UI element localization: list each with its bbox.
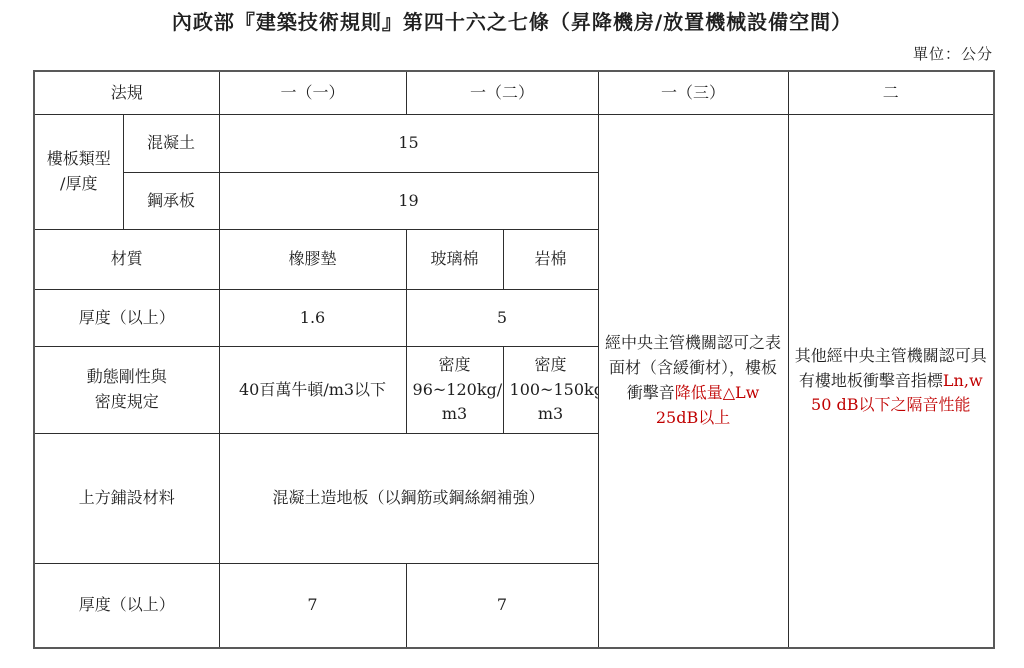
unit-label: 單位：公分 bbox=[33, 43, 993, 64]
note-col-1-3: 經中央主管機關認可之表面材（含緩衝材），樓板衝擊音降低量△Lw 25dB以上 bbox=[598, 115, 788, 649]
concrete-value: 15 bbox=[219, 115, 598, 173]
thickness-wool-value: 5 bbox=[406, 290, 598, 347]
concrete-label: 混凝土 bbox=[123, 115, 219, 173]
header-col-1-1: 一（一） bbox=[219, 71, 406, 115]
topping-label: 上方鋪設材料 bbox=[34, 434, 219, 564]
topping-thickness-label: 厚度（以上） bbox=[34, 564, 219, 649]
note-col-2: 其他經中央主管機關認可具有樓地板衝擊音指標Ln,w 50 dB以下之隔音性能 bbox=[788, 115, 994, 649]
thickness-min-label: 厚度（以上） bbox=[34, 290, 219, 347]
topping-thickness-value-1: 7 bbox=[219, 564, 406, 649]
material-rock-wool: 岩棉 bbox=[503, 230, 598, 290]
topping-thickness-value-2: 7 bbox=[406, 564, 598, 649]
page-title: 內政部『建築技術規則』第四十六之七條（昇降機房/放置機械設備空間） bbox=[0, 6, 1024, 35]
header-col-1-3: 一（三） bbox=[598, 71, 788, 115]
density-glass-wool-value: 密度 96~120kg/ m3 bbox=[406, 347, 503, 434]
floor-type-label: 樓板類型 /厚度 bbox=[34, 115, 123, 230]
topping-value: 混凝土造地板（以鋼筋或鋼絲網補強） bbox=[219, 434, 598, 564]
header-law: 法規 bbox=[34, 71, 219, 115]
density-rock-wool-value: 密度 100~150kg/ m3 bbox=[503, 347, 598, 434]
stiffness-rubber-value: 40百萬牛頓/m3以下 bbox=[219, 347, 406, 434]
thickness-rubber-value: 1.6 bbox=[219, 290, 406, 347]
row-concrete: 樓板類型 /厚度 混凝土 15 經中央主管機關認可之表面材（含緩衝材），樓板衝擊… bbox=[34, 115, 994, 173]
header-col-1-2: 一（二） bbox=[406, 71, 598, 115]
steel-deck-value: 19 bbox=[219, 173, 598, 230]
material-rubber: 橡膠墊 bbox=[219, 230, 406, 290]
header-col-2: 二 bbox=[788, 71, 994, 115]
stiffness-density-label: 動態剛性與 密度規定 bbox=[34, 347, 219, 434]
material-label: 材質 bbox=[34, 230, 219, 290]
regulation-table: 法規 一（一） 一（二） 一（三） 二 樓板類型 /厚度 混凝土 15 經中央主… bbox=[33, 70, 995, 649]
material-glass-wool: 玻璃棉 bbox=[406, 230, 503, 290]
header-row: 法規 一（一） 一（二） 一（三） 二 bbox=[34, 71, 994, 115]
steel-deck-label: 鋼承板 bbox=[123, 173, 219, 230]
